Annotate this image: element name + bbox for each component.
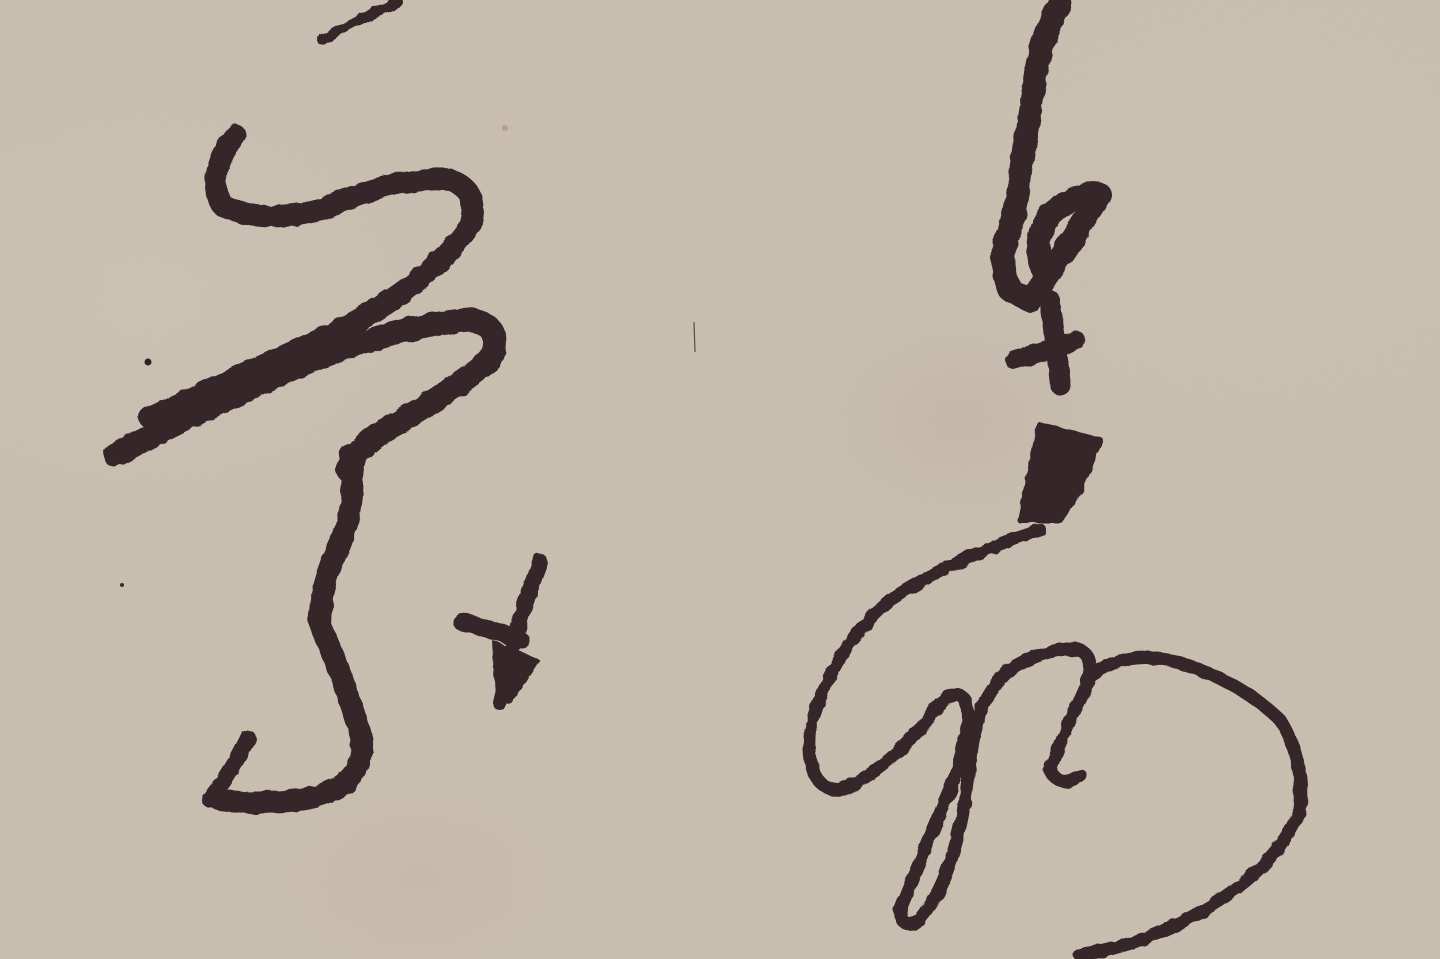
middle-cross-stroke	[1015, 300, 1075, 385]
large-loop	[1080, 658, 1301, 956]
vertical-top-stroke	[1010, 5, 1060, 230]
calligraphy-artwork: calligraphy	[0, 0, 1440, 959]
heavy-block-stroke	[1020, 425, 1100, 520]
right-column-characters	[0, 0, 1440, 959]
connecting-sweep	[809, 530, 1090, 923]
